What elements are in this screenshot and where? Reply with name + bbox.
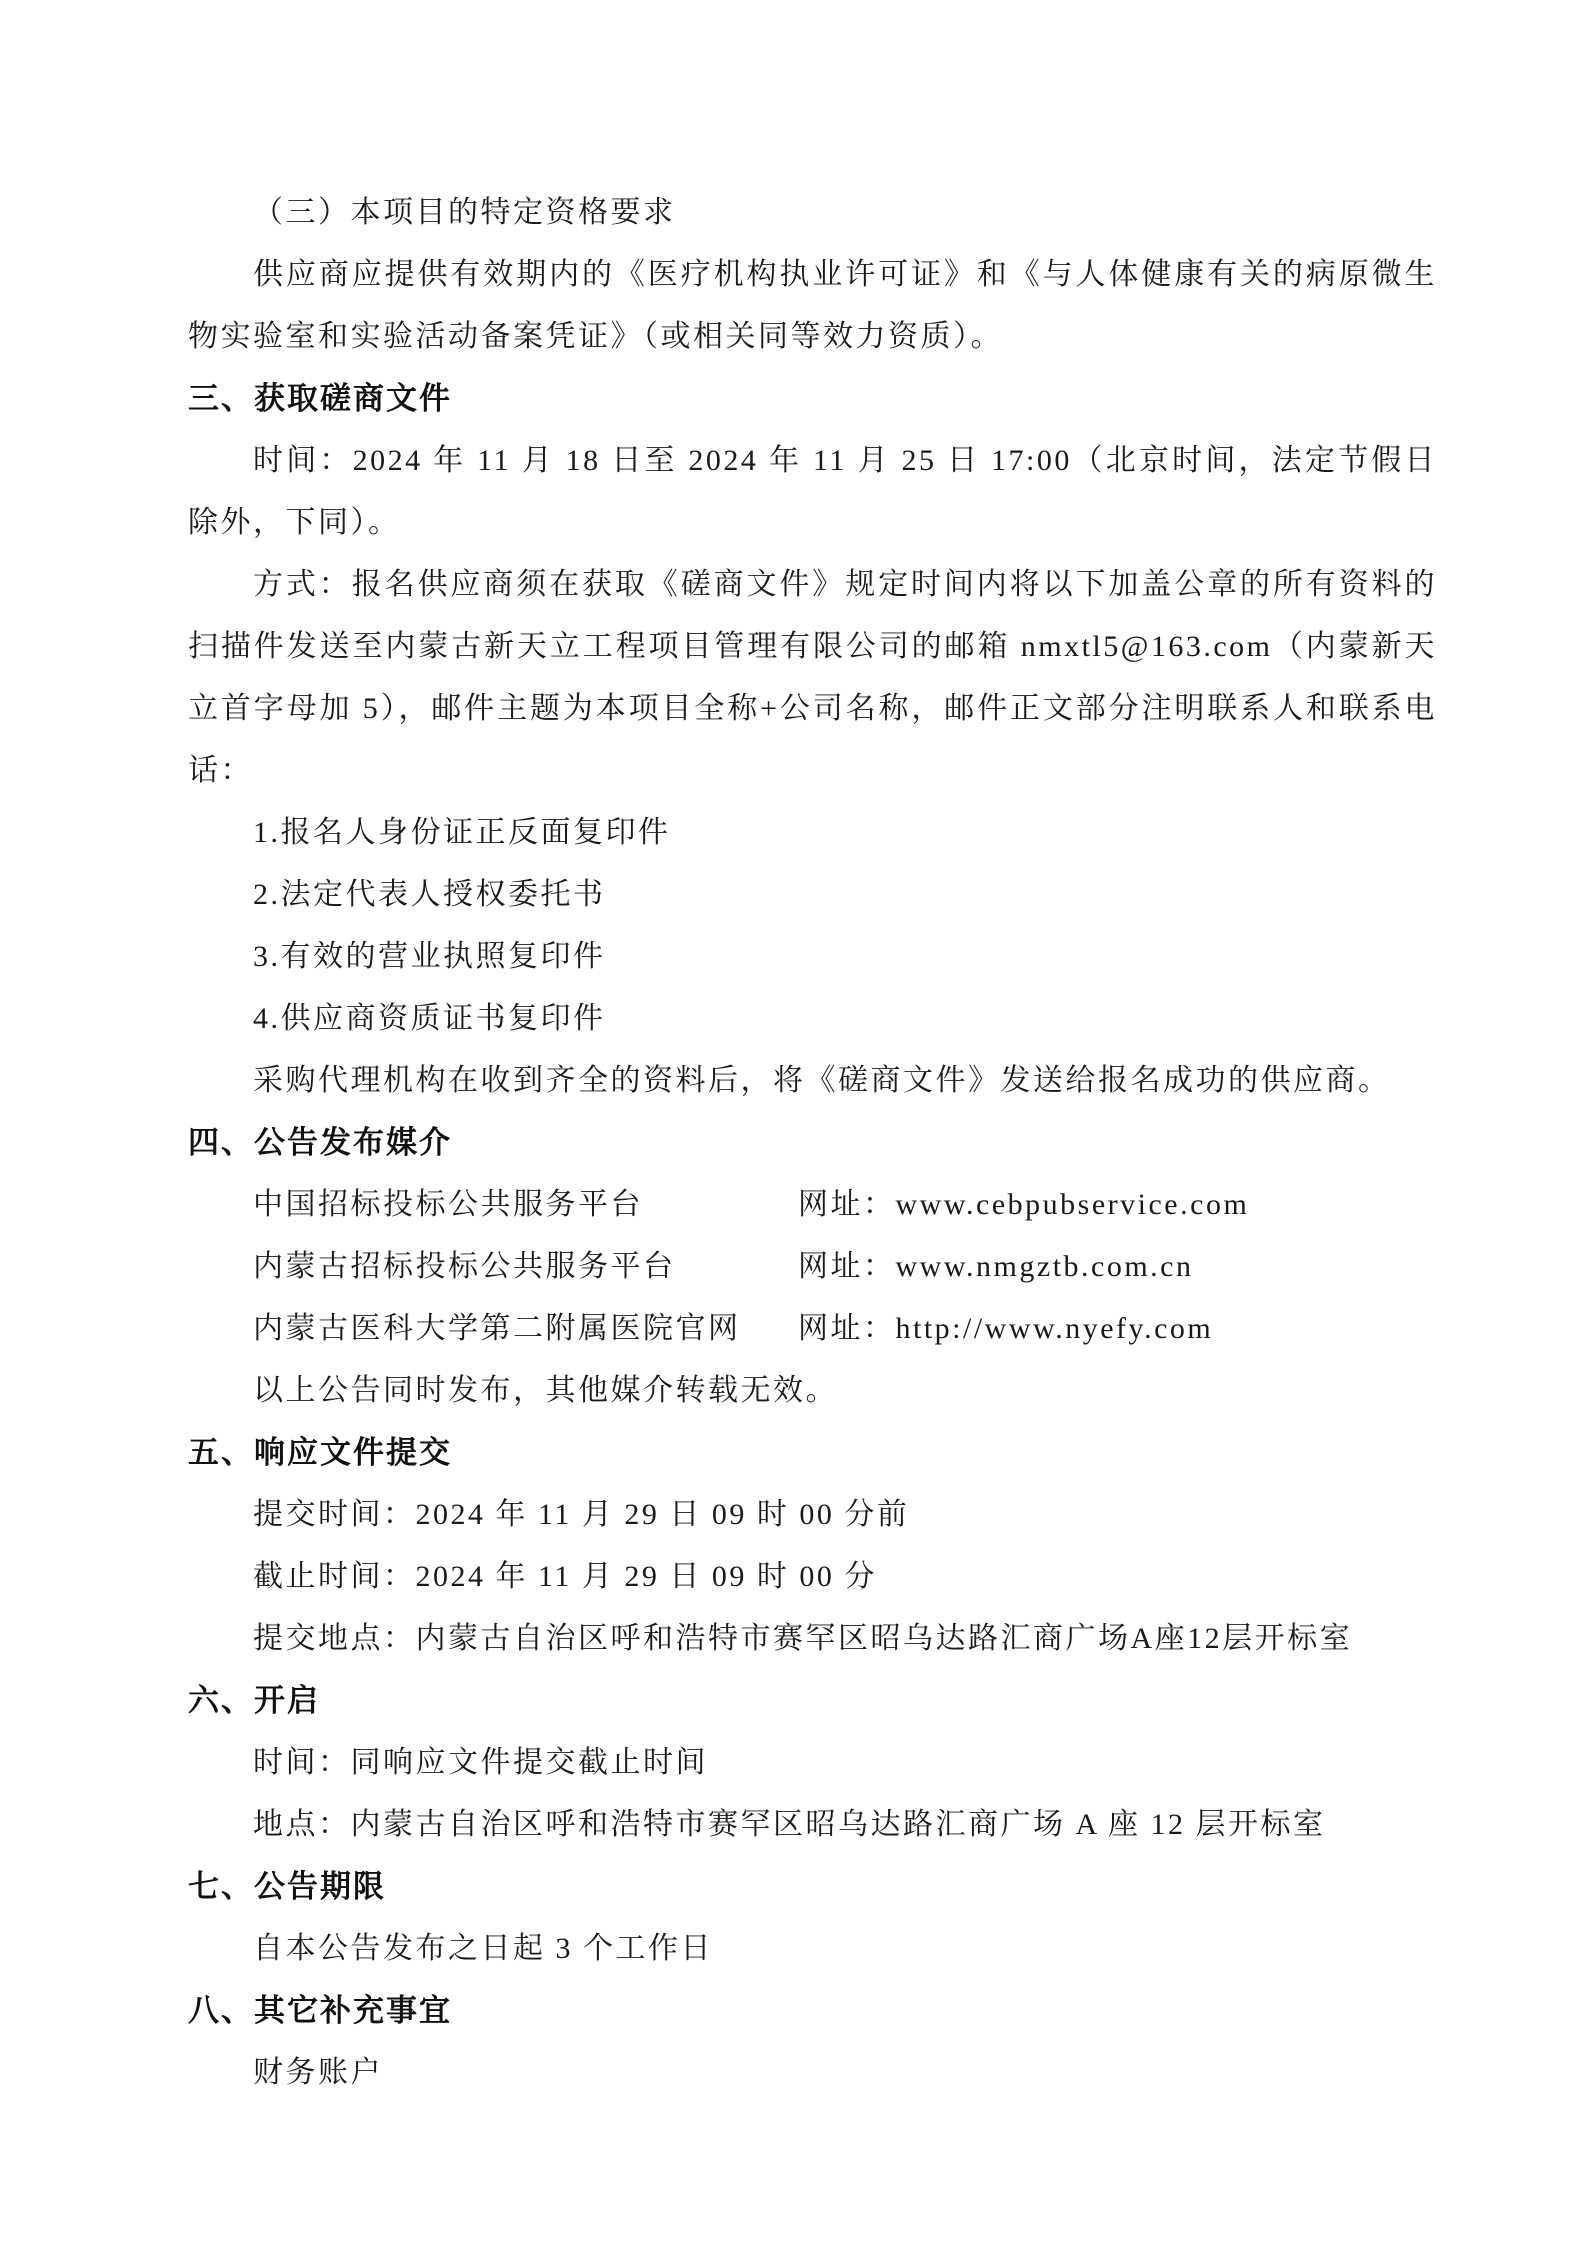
media-platform-url: 网址：http://www.nyefy.com — [798, 1298, 1213, 1360]
media-platform-name: 内蒙古招标投标公共服务平台 — [253, 1236, 798, 1298]
para-submit-place: 提交地点：内蒙古自治区呼和浩特市赛罕区昭乌达路汇商广场A座12层开标室 — [188, 1608, 1437, 1670]
list-item-id-copy: 1.报名人身份证正反面复印件 — [188, 802, 1437, 864]
url-label: 网址： — [798, 1312, 896, 1345]
para-obtain-time: 时间：2024 年 11 月 18 日至 2024 年 11 月 25 日 17… — [188, 430, 1437, 554]
url-value: www.nmgztb.com.cn — [896, 1250, 1194, 1283]
para-media-note: 以上公告同时发布，其他媒介转载无效。 — [188, 1360, 1437, 1422]
url-value: http://www.nyefy.com — [896, 1312, 1214, 1345]
para-opening-place: 地点：内蒙古自治区呼和浩特市赛罕区昭乌达路汇商广场 A 座 12 层开标室 — [188, 1794, 1437, 1856]
para-deadline-time: 截止时间：2024 年 11 月 29 日 09 时 00 分 — [188, 1546, 1437, 1608]
para-opening-time: 时间：同响应文件提交截止时间 — [188, 1732, 1437, 1794]
para-finance-account: 财务账户 — [188, 2042, 1437, 2104]
media-row-nmgztb: 内蒙古招标投标公共服务平台 网址：www.nmgztb.com.cn — [188, 1236, 1437, 1298]
section-heading-other-matters: 八、其它补充事宜 — [188, 1980, 1437, 2042]
media-platform-name: 内蒙古医科大学第二附属医院官网 — [253, 1298, 798, 1360]
media-row-cebpubservice: 中国招标投标公共服务平台 网址：www.cebpubservice.com — [188, 1174, 1437, 1236]
section-heading-opening: 六、开启 — [188, 1670, 1437, 1732]
para-special-qualification-title: （三）本项目的特定资格要求 — [188, 182, 1437, 244]
url-label: 网址： — [798, 1188, 896, 1221]
section-heading-announcement-media: 四、公告发布媒介 — [188, 1112, 1437, 1174]
media-platform-name: 中国招标投标公共服务平台 — [253, 1174, 798, 1236]
list-item-qualification-certificate: 4.供应商资质证书复印件 — [188, 988, 1437, 1050]
section-heading-obtain-documents: 三、获取磋商文件 — [188, 368, 1437, 430]
section-heading-response-submission: 五、响应文件提交 — [188, 1422, 1437, 1484]
document-page: （三）本项目的特定资格要求 供应商应提供有效期内的《医疗机构执业许可证》和《与人… — [0, 0, 1587, 2245]
para-announcement-period: 自本公告发布之日起 3 个工作日 — [188, 1918, 1437, 1980]
para-supplier-certificates: 供应商应提供有效期内的《医疗机构执业许可证》和《与人体健康有关的病原微生物实验室… — [188, 244, 1437, 368]
para-obtain-method: 方式：报名供应商须在获取《磋商文件》规定时间内将以下加盖公章的所有资料的扫描件发… — [188, 554, 1437, 802]
url-label: 网址： — [798, 1250, 896, 1283]
section-heading-announcement-period: 七、公告期限 — [188, 1856, 1437, 1918]
media-platform-url: 网址：www.nmgztb.com.cn — [798, 1236, 1194, 1298]
list-item-business-license: 3.有效的营业执照复印件 — [188, 926, 1437, 988]
media-platform-url: 网址：www.cebpubservice.com — [798, 1174, 1249, 1236]
url-value: www.cebpubservice.com — [896, 1188, 1250, 1221]
list-item-authorization-letter: 2.法定代表人授权委托书 — [188, 864, 1437, 926]
para-agency-send-note: 采购代理机构在收到齐全的资料后，将《磋商文件》发送给报名成功的供应商。 — [188, 1050, 1437, 1112]
media-row-nyefy: 内蒙古医科大学第二附属医院官网 网址：http://www.nyefy.com — [188, 1298, 1437, 1360]
para-submit-time: 提交时间：2024 年 11 月 29 日 09 时 00 分前 — [188, 1484, 1437, 1546]
